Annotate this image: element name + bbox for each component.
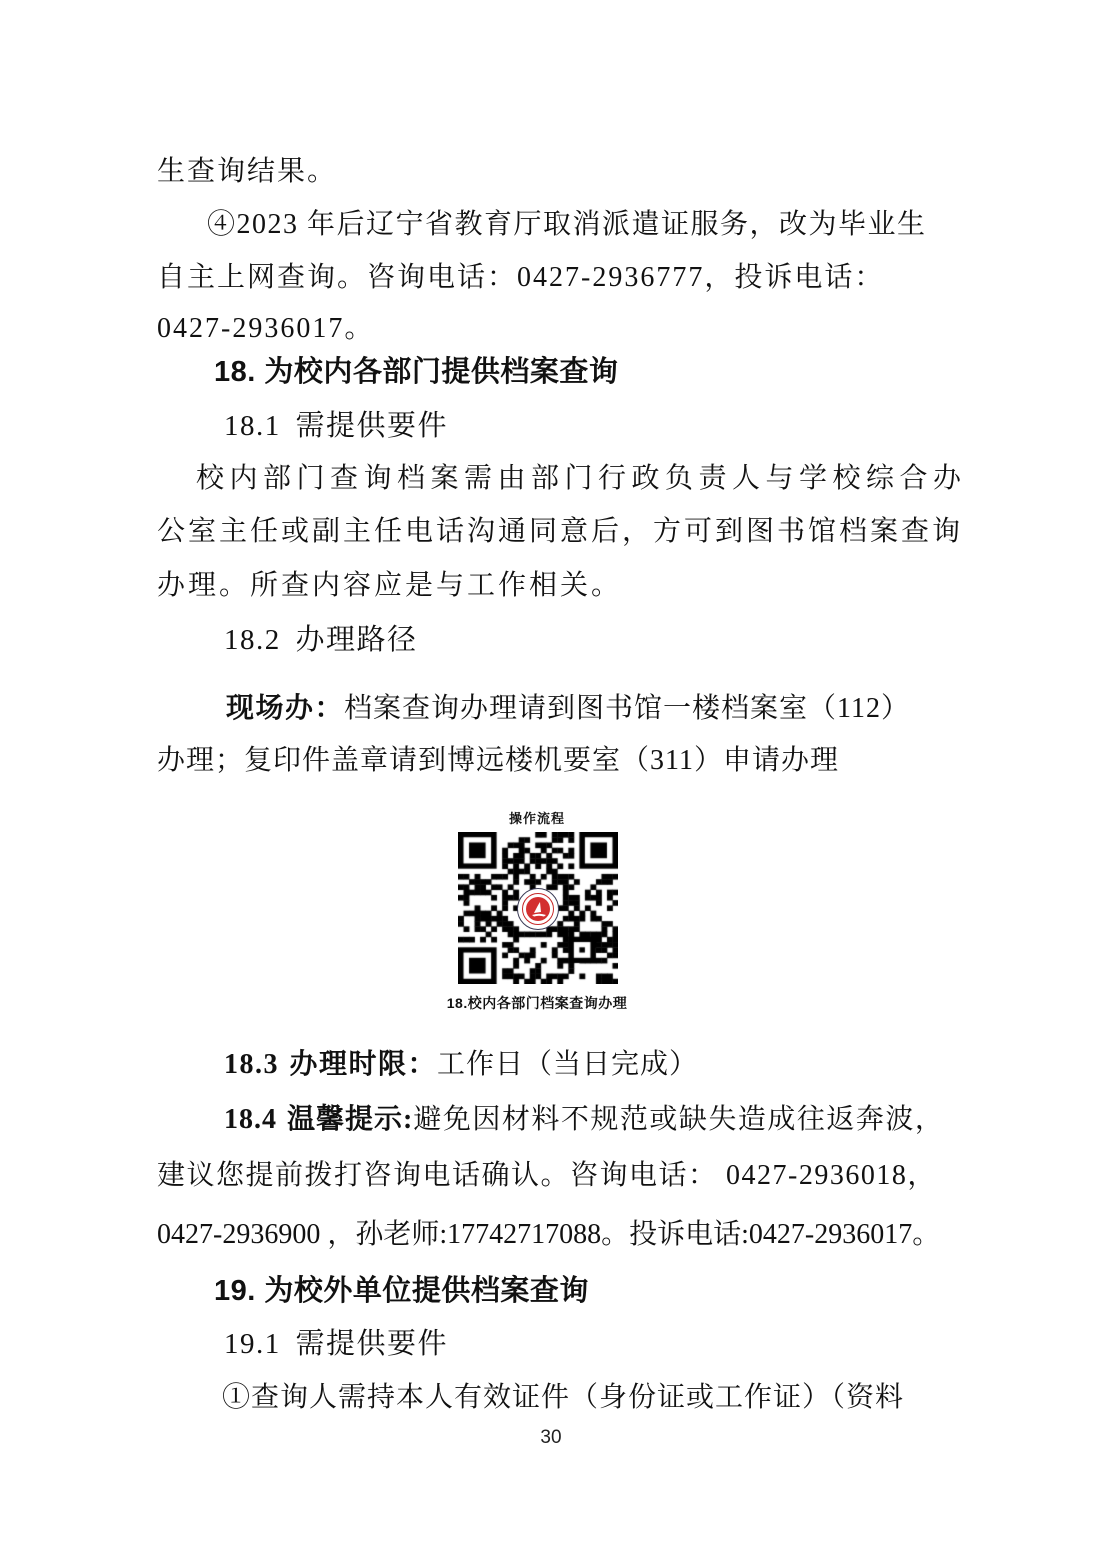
document-page: 生查询结果。 ④2023 年后辽宁省教育厅取消派遣证服务，改为毕业生 自主上网查… — [0, 0, 1102, 1559]
intro-line-4: 0427-2936017。 — [157, 312, 374, 346]
section-19-1-heading: 19.1 需提供要件 — [224, 1327, 448, 1361]
qr-title: 操作流程 — [0, 808, 1074, 827]
university-seal-icon — [517, 888, 559, 930]
intro-line-2: ④2023 年后辽宁省教育厅取消派遣证服务，改为毕业生 — [207, 208, 927, 242]
intro-line-1: 生查询结果。 — [157, 155, 337, 189]
section-18-4-line-3: 0427-2936900 ，孙老师:17742717088。投诉电话:0427-… — [157, 1218, 940, 1252]
section-18-1-body-line-1: 校内部门查询档案需由部门行政负责人与学校综合办 — [196, 462, 967, 496]
section-18-3-text: 工作日（当日完成） — [437, 1049, 698, 1080]
section-18-heading: 18. 为校内各部门提供档案查询 — [214, 355, 618, 389]
section-19-heading: 19. 为校外单位提供档案查询 — [214, 1274, 589, 1308]
section-18-4-text: 避免因材料不规范或缺失造成往返奔波， — [413, 1104, 944, 1135]
section-18-2-body-line-1: 现场办：档案查询办理请到图书馆一楼档案室（112） — [226, 692, 910, 726]
page-number: 30 — [0, 1427, 1102, 1449]
section-18-1-body-line-3: 办理。所查内容应是与工作相关。 — [157, 569, 622, 603]
section-18-4-lead: 18.4 温馨提示: — [224, 1104, 413, 1135]
section-18-1-body-line-2: 公室主任或副主任电话沟通同意后，方可到图书馆档案查询 — [157, 515, 963, 549]
section-18-2-body-line-2: 办理；复印件盖章请到博远楼机要室（311）申请办理 — [157, 744, 839, 778]
intro-line-3: 自主上网查询。咨询电话：0427-2936777，投诉电话： — [157, 261, 884, 295]
section-18-1-heading: 18.1 需提供要件 — [224, 409, 448, 443]
qr-caption: 18.校内各部门档案查询办理 — [0, 993, 1074, 1013]
section-18-3-lead: 18.3 办理时限： — [224, 1049, 437, 1080]
section-18-3-line: 18.3 办理时限：工作日（当日完成） — [224, 1048, 698, 1082]
sail-icon — [528, 899, 550, 921]
onsite-handling-lead: 现场办： — [226, 693, 344, 724]
onsite-handling-text: 档案查询办理请到图书馆一楼档案室（112） — [344, 693, 910, 724]
section-18-4-line-2: 建议您提前拨打咨询电话确认。咨询电话： 0427-2936018， — [157, 1159, 937, 1193]
section-18-4-line-1: 18.4 温馨提示:避免因材料不规范或缺失造成往返奔波， — [224, 1103, 944, 1137]
section-19-1-body-line-1: ①查询人需持本人有效证件（身份证或工作证）（资料 — [222, 1381, 904, 1415]
section-18-2-heading: 18.2 办理路径 — [224, 623, 418, 657]
